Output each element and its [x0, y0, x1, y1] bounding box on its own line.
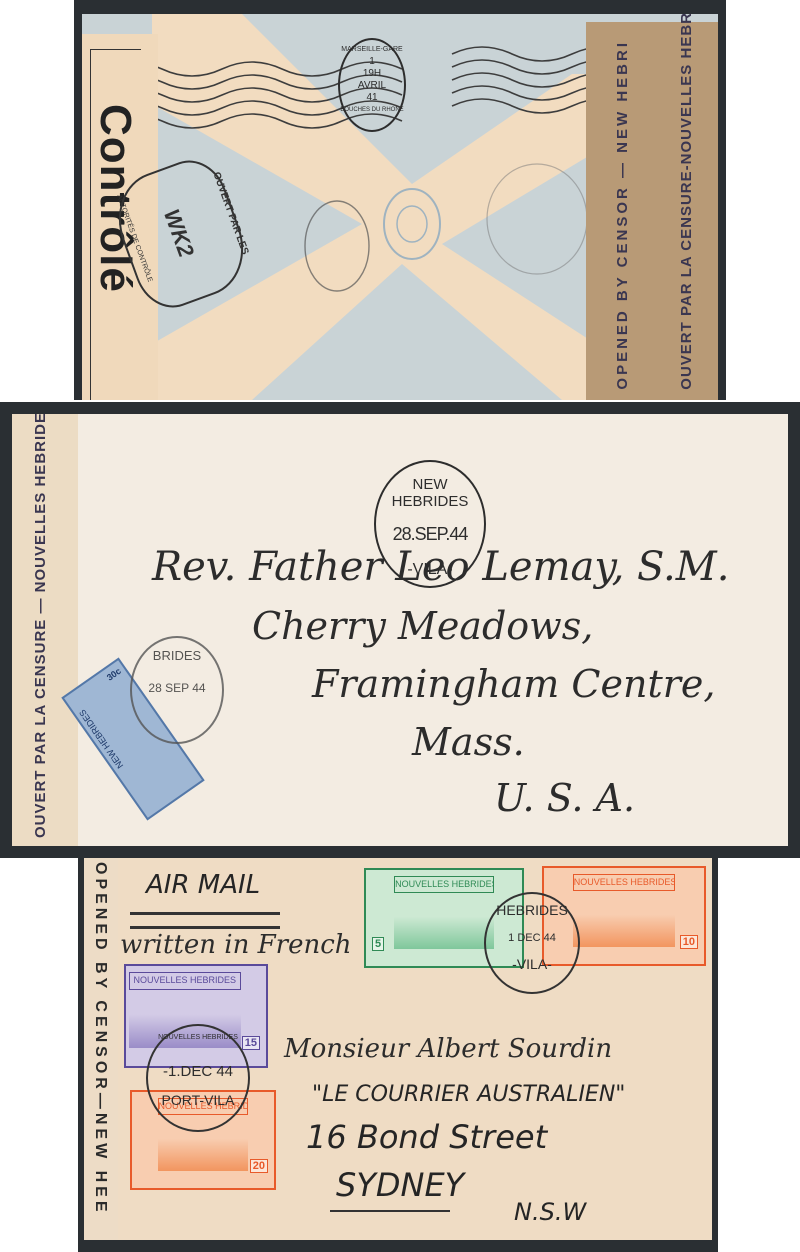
- address-line-5: N.S.W: [514, 1198, 586, 1226]
- postmark-bottom: -VILA-: [486, 956, 578, 972]
- stamp-cancel-date: 28 SEP 44: [132, 681, 222, 695]
- airmail-underline: [130, 912, 280, 915]
- postmark-top: NEW HEBRIDES: [376, 476, 484, 510]
- address-line-2: Cherry Meadows,: [252, 604, 593, 648]
- airmail-label: AIR MAIL: [146, 870, 260, 900]
- postmark-line: 1: [340, 56, 404, 68]
- stamp-value: 10: [680, 935, 698, 949]
- stamp-cancel-top: BRIDES: [132, 648, 222, 663]
- stamp-title: NOUVELLES HEBRIDES: [573, 874, 675, 891]
- stamp-scene: [573, 893, 675, 947]
- top-cover: Contrôlé MARSEILLE-GARE 1 19H AVRIL 41 B…: [82, 14, 718, 400]
- written-in-french-note: written in French: [120, 930, 352, 960]
- censor-tape-text: OUVERT PAR LA CENSURE — NOUVELLES HEBRID…: [32, 414, 49, 838]
- postmark-city: MARSEILLE-GARE: [340, 44, 404, 56]
- postmark-date: 28.SEP.44: [376, 524, 484, 545]
- censor-tape-left: OUVERT PAR LA CENSURE — NOUVELLES HEBRID…: [12, 414, 78, 846]
- postmark-bottom: PORT-VILA: [148, 1092, 248, 1108]
- address-line-1: Rev. Father Leo Lemay, S.M.: [152, 544, 729, 590]
- vila-postmark: HEBRIDES 1 DEC 44 -VILA-: [484, 892, 580, 994]
- censor-tape-right: OPENED BY CENSOR — NEW HEBRI OUVERT PAR …: [586, 22, 718, 400]
- stamp-title: NOUVELLES HEBRIDES: [129, 972, 241, 990]
- censor-tape-line1: OPENED BY CENSOR — NEW HEBRI: [614, 40, 631, 390]
- postmark-date: 1 DEC 44: [486, 932, 578, 944]
- address-line-3: Framingham Centre,: [312, 662, 715, 706]
- stamp-country: NEW HEBRIDES: [77, 708, 125, 771]
- marseille-postmark: MARSEILLE-GARE 1 19H AVRIL 41 BOUCHES DU…: [338, 38, 406, 132]
- address-line-1: Monsieur Albert Sourdin: [284, 1034, 612, 1064]
- sydney-underline: [330, 1210, 450, 1212]
- stamp-value: 30c: [105, 666, 123, 683]
- censor-tape-text: OPENED BY CENSOR—NEW HEE: [91, 862, 109, 1216]
- address-line-5: U. S. A.: [494, 776, 635, 820]
- stamp-cancel-postmark: BRIDES 28 SEP 44: [130, 636, 224, 744]
- address-line-3: 16 Bond Street: [306, 1118, 547, 1156]
- postmark-top: HEBRIDES: [486, 902, 578, 918]
- censor-tape-line2: OUVERT PAR LA CENSURE-NOUVELLES HEBR: [678, 14, 695, 390]
- stamp-value: 5: [372, 937, 384, 951]
- middle-cover: OUVERT PAR LA CENSURE — NOUVELLES HEBRID…: [12, 414, 788, 846]
- censor-handstamp-code: WK2: [158, 206, 199, 261]
- postmark-time: 19H: [340, 68, 404, 80]
- postmark-top: NOUVELLES HEBRIDES: [148, 1034, 248, 1041]
- postmark-month: AVRIL: [340, 80, 404, 92]
- port-vila-postmark: NOUVELLES HEBRIDES -1.DEC 44 PORT-VILA: [146, 1024, 250, 1132]
- censor-tape-bottom: OPENED BY CENSOR—NEW HEE: [84, 858, 118, 1240]
- postmark-date: -1.DEC 44: [148, 1063, 248, 1080]
- stamp-scene: [394, 895, 494, 949]
- airmail-underline-2: [130, 926, 280, 929]
- stamp-value: 20: [250, 1159, 268, 1173]
- address-line-4: Mass.: [412, 720, 525, 764]
- bottom-cover: OPENED BY CENSOR—NEW HEE AIR MAIL writte…: [84, 858, 712, 1240]
- stamp-title: NOUVELLES HEBRIDES: [394, 876, 494, 893]
- postmark-year: 41: [340, 92, 404, 104]
- address-line-2: "LE COURRIER AUSTRALIEN": [312, 1082, 625, 1107]
- postmark-region: BOUCHES DU RHONE: [340, 104, 404, 116]
- address-line-4: SYDNEY: [336, 1166, 464, 1204]
